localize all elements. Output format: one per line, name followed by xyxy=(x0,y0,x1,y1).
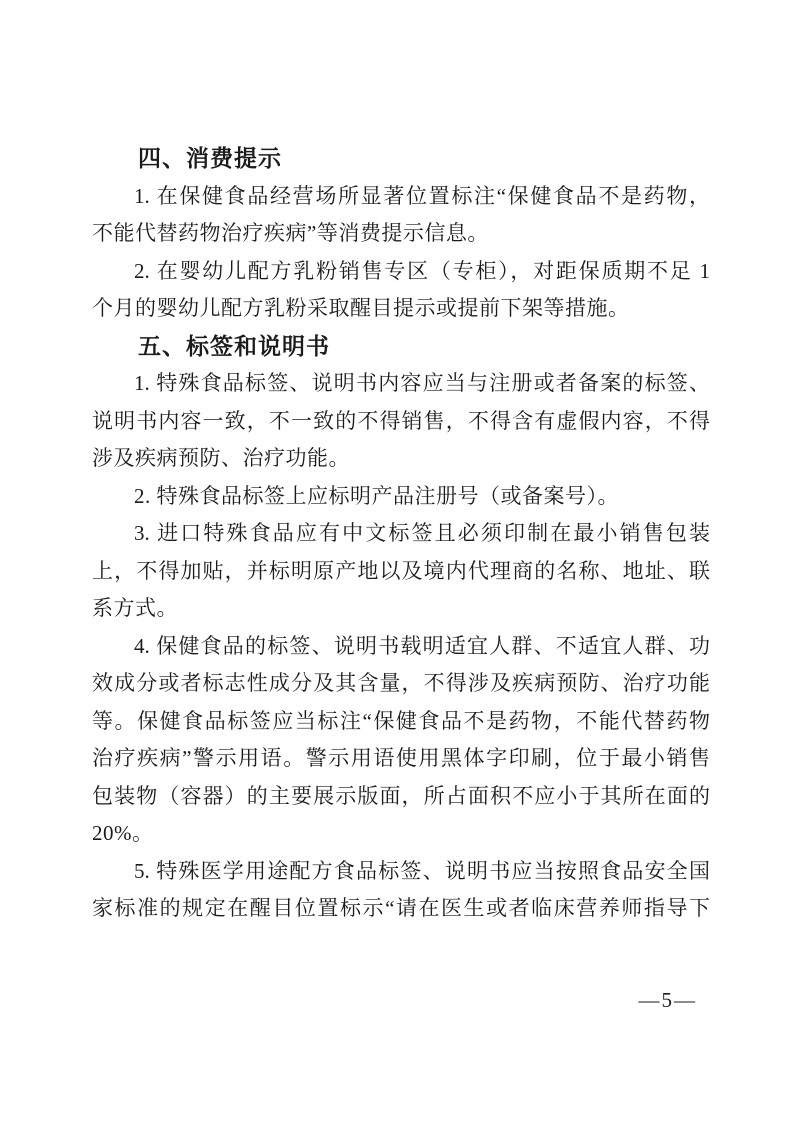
text-line: 不能代替药物治疗疾病”等消费提示信息。 xyxy=(92,215,710,253)
page-number: —5— xyxy=(639,985,698,1023)
document-body: 四、消费提示 1. 在保健食品经营场所显著位置标注“保健食品不是药物， 不能代替… xyxy=(92,140,710,928)
text-line: 5. 特殊医学用途配方食品标签、说明书应当按照食品安全国 xyxy=(92,853,710,891)
text-line: 家标准的规定在醒目位置标示“请在医生或者临床营养师指导下 xyxy=(92,890,710,928)
text-line: 系方式。 xyxy=(92,590,710,628)
document-page: 四、消费提示 1. 在保健食品经营场所显著位置标注“保健食品不是药物， 不能代替… xyxy=(0,0,794,1123)
text-line: 1. 在保健食品经营场所显著位置标注“保健食品不是药物， xyxy=(92,178,710,216)
section-heading-consumer-tips: 四、消费提示 xyxy=(92,140,710,178)
text-line: 2. 在婴幼儿配方乳粉销售专区（专柜），对距保质期不足 1 xyxy=(92,253,710,291)
text-line: 上，不得加贴，并标明原产地以及境内代理商的名称、地址、联 xyxy=(92,553,710,591)
text-line: 2. 特殊食品标签上应标明产品注册号（或备案号）。 xyxy=(92,478,710,516)
text-line: 1. 特殊食品标签、说明书内容应当与注册或者备案的标签、 xyxy=(92,365,710,403)
section-heading-labels-instructions: 五、标签和说明书 xyxy=(92,328,710,366)
text-line: 治疗疾病”警示用语。警示用语使用黑体字印刷，位于最小销售 xyxy=(92,740,710,778)
text-line: 效成分或者标志性成分及其含量，不得涉及疾病预防、治疗功能 xyxy=(92,665,710,703)
text-line: 涉及疾病预防、治疗功能。 xyxy=(92,440,710,478)
text-line: 等。保健食品标签应当标注“保健食品不是药物，不能代替药物 xyxy=(92,703,710,741)
text-line: 3. 进口特殊食品应有中文标签且必须印制在最小销售包装 xyxy=(92,515,710,553)
text-line: 20%。 xyxy=(92,815,710,853)
text-line: 4. 保健食品的标签、说明书载明适宜人群、不适宜人群、功 xyxy=(92,628,710,666)
text-line: 个月的婴幼儿配方乳粉采取醒目提示或提前下架等措施。 xyxy=(92,290,710,328)
text-line: 说明书内容一致，不一致的不得销售，不得含有虚假内容，不得 xyxy=(92,403,710,441)
text-line: 包装物（容器）的主要展示版面，所占面积不应小于其所在面的 xyxy=(92,778,710,816)
